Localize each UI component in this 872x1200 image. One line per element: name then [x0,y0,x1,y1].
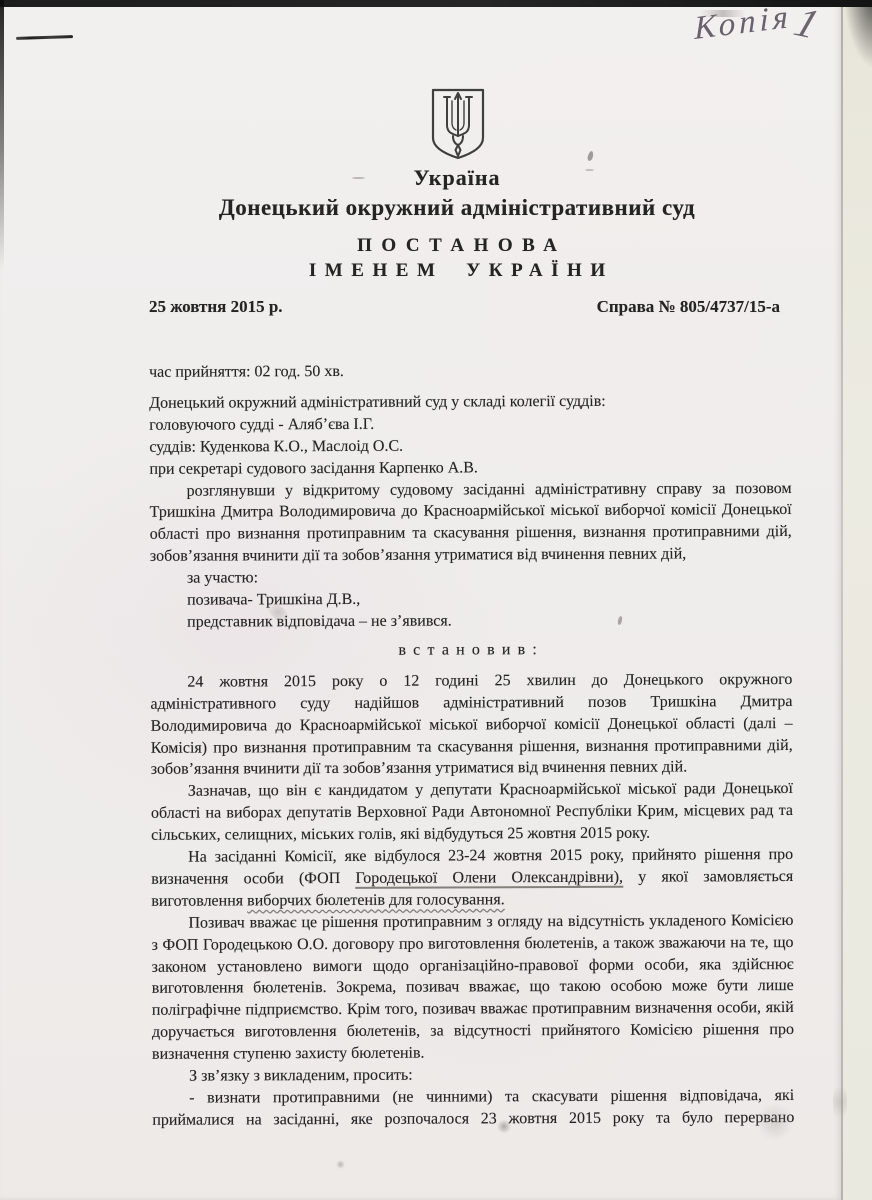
text-run: На засіданні Комісії, яке відбулося 23-2… [188,846,793,866]
text-run: поліграфічне підприємство. Крім того, по… [152,999,794,1019]
text-run: доручається виготовлення бюлетенів, за в… [152,1021,794,1041]
body-line: визначення ступеню захисту бюлетенів. [152,1041,794,1066]
body-line: Тришкіна Дмитра Володимировича до Красно… [150,499,792,524]
body-line: зобов’язання вчинити дії та зобов’язання… [150,543,792,568]
body-line: при секретарі судового засідання Карпенк… [149,456,791,481]
pencil-underlined-text: Городецької Олени Олександрівни), [355,869,623,889]
trident-icon [429,87,487,161]
text-run: Комісія) про визнання протиправним та ск… [151,736,793,756]
text-run: Донецький окружний адміністративний суд … [149,393,606,412]
document-subtitle: ІМЕНЕМ УКРАЇНИ [137,260,777,282]
scanned-court-document: { "page": { "handwritten": { "copy_label… [0,0,872,1200]
text-run: за участю: [187,569,258,586]
body-line: встановив: [150,638,792,663]
body-line: Комісія) про визнання протиправним та ск… [151,734,793,759]
document-header: Україна Донецький окружний адміністратив… [137,165,777,282]
coat-of-arms [429,87,487,166]
scan-smudge [700,10,746,17]
text-run: встановив: [398,641,544,659]
body-line: Донецький окружний адміністративний суд … [149,390,791,415]
text-run: З зв’язку з викладеним, просить: [189,1067,413,1085]
text-run: - визнати протиправними (не чинними) та … [189,1087,794,1107]
body-line: поліграфічне підприємство. Крім того, по… [152,997,794,1022]
decision-date: 25 жовтня 2015 р. [149,297,283,317]
body-line: області про визнання протиправним та ска… [150,521,792,546]
case-number: Справа № 805/4737/15-а [597,297,780,317]
body-line: доручається виготовлення бюлетенів, за в… [152,1019,794,1044]
text-run: час прийняття: 02 год. 50 хв. [149,363,344,381]
text-run: Тришкіна Дмитра Володимировича до Красно… [150,501,792,521]
date-case-row: 25 жовтня 2015 р. Справа № 805/4737/15-а [149,297,780,317]
text-run: при секретарі судового засідання Карпенк… [149,459,478,477]
text-run: Зазначав, що він є кандидатом у депутати… [188,780,793,800]
text-run: у якої замовляється [623,868,793,886]
text-run: розглянувши у відкритому судовому засіда… [187,480,792,500]
text-run: законом установлено вимоги щодо організа… [152,956,794,976]
text-run: області про визнання протиправним та ска… [150,523,792,543]
scan-corner-shadow [826,0,872,135]
body-line: Володимировича до Красноармійської міськ… [151,713,793,738]
text-run: визначення особи (ФОП [151,870,355,888]
text-run: зобов’язання вчинити дії та зобов’язання… [151,759,687,778]
body-line: зобов’язання вчинити дії та зобов’язання… [151,756,793,781]
text-run: адміністративного суду надійшов адмініст… [150,693,792,713]
document-title: ПОСТАНОВА [137,235,777,257]
scanner-background [842,0,872,1200]
text-run: головуючого судді - Аляб’єва І.Г. [149,416,374,434]
body-line: Позивач вважає це рішення протиправним з… [151,910,793,935]
text-run: області на виборах депутатів Верховної Р… [151,802,793,822]
body-line: - визнати протиправними (не чинними) та … [152,1085,794,1110]
text-run: приймалися на засіданні, яке розпочалося… [152,1109,794,1129]
page-right-edge [841,0,843,1200]
scan-smudge [753,1103,797,1141]
body-line: сільських, селищних, міських голів, які … [151,822,793,847]
scan-edge-left [0,0,4,270]
body-line: На засіданні Комісії, яке відбулося 23-2… [151,844,793,869]
scan-smudge [585,169,594,171]
text-run: зобов’язання вчинити дії та зобов’язання… [150,546,686,565]
text-run: визначення ступеню захисту бюлетенів. [152,1045,425,1063]
body-line: Зазначав, що він є кандидатом у депутати… [151,778,793,803]
text-run: Позивач вважає це рішення протиправним з… [188,912,793,932]
scan-smudge [352,177,365,179]
text-run: 24 жовтня 2015 року о 12 годині 25 хвили… [187,671,792,691]
pencil-underlined-text: виборчих бюлетенів для голосування. [247,891,505,909]
body-line: представник відповідача – не з’явився. [150,609,792,634]
text-run: виготовлення [151,892,247,909]
text-run: виготовлення бюлетенів. Зокрема, позивач… [152,977,794,997]
body-line: з ФОП Городецькою О.О. договору про виго… [152,932,794,957]
body-line: законом установлено вимоги щодо організа… [152,954,794,979]
body-line: З зв’язку з викладеним, просить: [152,1063,794,1088]
body-line: приймалися на засіданні, яке розпочалося… [152,1107,794,1132]
body-line: суддів: Куденкова К.О., Маслоід О.С. [149,434,791,459]
body-line: розглянувши у відкритому судовому засіда… [150,478,792,503]
body-line: виготовлення виборчих бюлетенів для голо… [151,888,793,913]
text-run: суддів: Куденкова К.О., Маслоід О.С. [149,437,403,455]
scan-smudge [336,1160,345,1169]
body-line: головуючого судді - Аляб’єва І.Г. [149,412,791,437]
text-run: з ФОП Городецькою О.О. договору про виго… [152,934,794,954]
court-name: Донецький окружний адміністративний суд [137,195,777,221]
body-line: адміністративного суду надійшов адмініст… [150,691,792,716]
body-line: позивача- Тришкіна Д.В., [150,587,792,612]
country-name: Україна [137,165,777,191]
document-body: час прийняття: 02 год. 50 хв.Донецький о… [149,359,794,1132]
body-line: виготовлення бюлетенів. Зокрема, позивач… [152,975,794,1000]
scan-smudge [833,1080,847,1124]
body-line: області на виборах депутатів Верховної Р… [151,800,793,825]
body-line: час прийняття: 02 год. 50 хв. [149,359,791,384]
body-line: 24 жовтня 2015 року о 12 годині 25 хвили… [150,669,792,694]
text-run: Володимировича до Красноармійської міськ… [151,715,793,735]
text-run: представник відповідача – не з’явився. [187,612,452,630]
text-run: сільських, селищних, міських голів, які … [151,825,650,844]
body-line: за участю: [150,565,792,590]
body-line: визначення особи (ФОП Городецької Олени … [151,866,793,891]
